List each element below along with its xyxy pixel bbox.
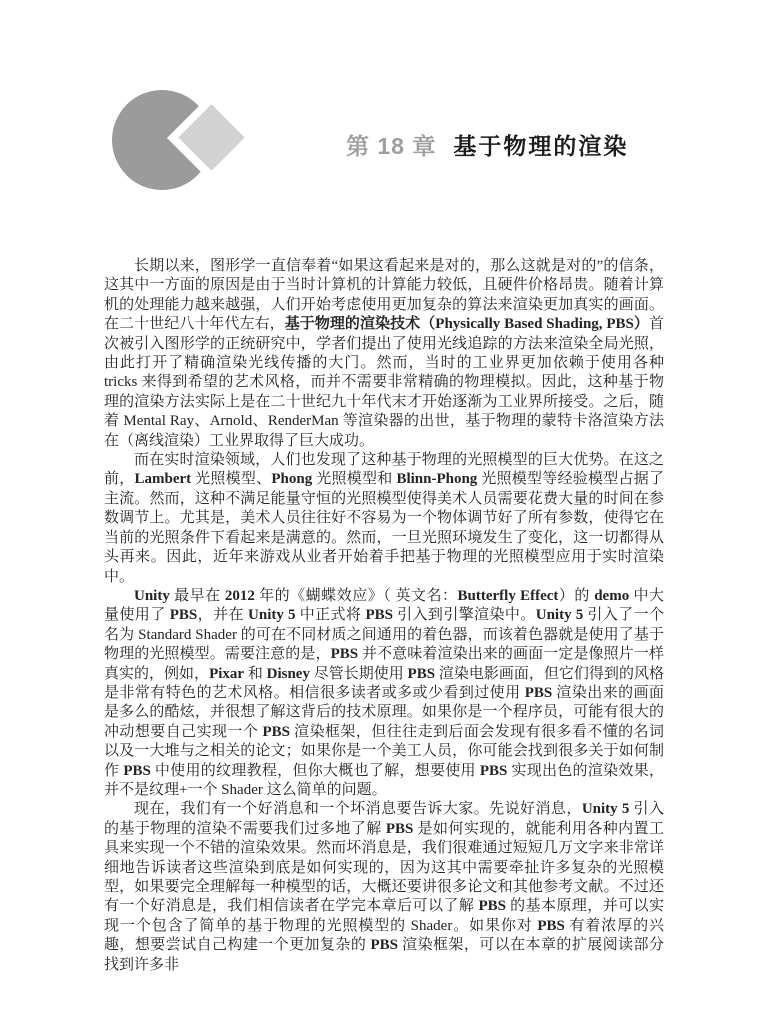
bold-text-run: Unity 5	[536, 607, 584, 623]
bold-text-run: Unity 5	[582, 801, 630, 817]
text-run: 最早在	[170, 588, 225, 604]
text-run: 引入到引擎渲染中。	[393, 607, 536, 623]
text-run: 光照模型和	[312, 471, 396, 487]
bold-text-run: PBS	[365, 607, 393, 623]
bold-text-run: PBS	[478, 898, 506, 914]
body-text: 长期以来，图形学一直信奉着“如果这看起来是对的，那么这就是对的”的信条，这其中一…	[104, 257, 664, 975]
text-run: 尽管长期使用	[310, 666, 408, 682]
text-run: 现在，我们有一个好消息和一个坏消息要告诉大家。先说好消息，	[134, 801, 582, 817]
bold-text-run: Unity	[134, 588, 170, 604]
text-run: 光照模型等经验模型占据了主流。然而，这种不满足能量守恒的光照模型使得美术人员需要…	[104, 471, 664, 584]
bold-text-run: Blinn-Phong	[396, 471, 477, 487]
bold-text-run: Lambert	[135, 471, 192, 487]
bold-text-run: Pixar	[209, 666, 244, 682]
text-run: 中正式将	[296, 607, 366, 623]
bold-text-run: 基于物理的渲染技术（Physically Based Shading, PBS）	[285, 316, 649, 332]
text-run: 光照模型、	[191, 471, 271, 487]
bold-text-run: PBS	[331, 646, 359, 662]
paragraph-3: Unity 最早在 2012 年的《蝴蝶效应》（ 英文名：Butterfly E…	[104, 587, 664, 800]
bold-text-run: Unity 5	[248, 607, 296, 623]
text-run: 和	[244, 666, 267, 682]
bold-text-run: PBS	[537, 918, 565, 934]
book-page: 第 18 章基于物理的渲染 长期以来，图形学一直信奉着“如果这看起来是对的，那么…	[0, 0, 768, 1024]
bold-text-run: Disney	[267, 666, 310, 682]
text-run: 首次被引入图形学的正统研究中，学者们提出了使用光线追踪的方法来渲染全局光照，由此…	[104, 316, 664, 448]
bold-text-run: PBS	[123, 763, 151, 779]
bold-text-run: demo	[594, 588, 629, 604]
paragraph-2: 而在实时渲染领域，人们也发现了这种基于物理的光照模型的巨大优势。在这之前，Lam…	[104, 451, 664, 587]
bold-text-run: PBS	[170, 607, 198, 623]
bold-text-run: PBS	[480, 763, 508, 779]
text-run: ）的	[558, 588, 594, 604]
bold-text-run: PBS	[408, 666, 436, 682]
bold-text-run: Phong	[271, 471, 312, 487]
bold-text-run: PBS	[386, 821, 414, 837]
chapter-number: 第 18 章	[346, 133, 436, 159]
bold-text-run: PBS	[525, 685, 553, 701]
paragraph-1: 长期以来，图形学一直信奉着“如果这看起来是对的，那么这就是对的”的信条，这其中一…	[104, 257, 664, 451]
bold-text-run: Butterfly Effect	[458, 588, 559, 604]
chapter-heading: 第 18 章基于物理的渲染	[346, 128, 628, 161]
bold-text-run: PBS	[370, 937, 398, 953]
bold-text-run: 2012	[225, 588, 255, 604]
paragraph-4: 现在，我们有一个好消息和一个坏消息要告诉大家。先说好消息，Unity 5 引入的…	[104, 800, 664, 975]
chapter-title: 基于物理的渲染	[453, 133, 628, 159]
text-run: 年的《蝴蝶效应》（ 英文名：	[255, 588, 458, 604]
text-run: 中使用的纹理教程，但你大概也了解，想要使用	[151, 763, 480, 779]
bold-text-run: PBS	[262, 724, 290, 740]
text-run: ，并在	[197, 607, 248, 623]
